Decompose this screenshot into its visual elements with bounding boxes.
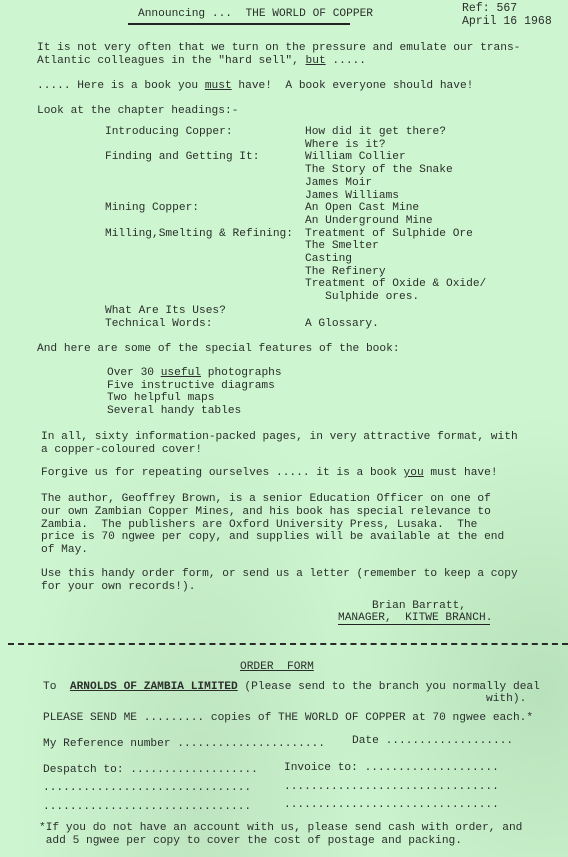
pages-line-1: In all, sixty information-packed pages, …: [41, 431, 518, 444]
despatch-field[interactable]: ...................: [124, 764, 258, 776]
must-pre: ..... Here is a book you: [37, 80, 205, 92]
despatch-label: Despatch to:: [43, 764, 124, 776]
title-underline: [128, 23, 350, 25]
feature-item: Five instructive diagrams: [107, 380, 275, 393]
intro-line-1: It is not very often that we turn on the…: [37, 42, 520, 55]
invoice-field[interactable]: ....................: [358, 762, 499, 774]
invoice-label: Invoice to:: [284, 762, 358, 774]
chapter-topic: Treatment of Sulphide Ore: [305, 228, 473, 241]
chapter-heading: Technical Words:: [105, 318, 212, 331]
forgive-text: Forgive us for repeating ourselves .....…: [41, 467, 404, 479]
announcing-label: Announcing ...: [138, 8, 232, 20]
chapter-heading: Mining Copper:: [105, 202, 199, 215]
chapter-topic: James Williams: [305, 190, 399, 203]
emphasis-useful: useful: [161, 367, 201, 379]
chapter-topic: James Moir: [305, 177, 372, 190]
tear-off-dashed-line: [8, 643, 568, 645]
chapter-topic: Casting: [305, 253, 352, 266]
author-line: our own Zambian Copper Mines, and his bo…: [41, 506, 491, 519]
typewritten-announcement-page: Announcing ... THE WORLD OF COPPER Ref: …: [0, 0, 568, 857]
chapter-topic: William Collier: [305, 151, 406, 164]
chapter-topic: An Open Cast Mine: [305, 202, 419, 215]
despatch-line: Despatch to: ...................: [43, 764, 258, 777]
chapter-topic: How did it get there?: [305, 126, 446, 139]
feature-item: Over 30 useful photographs: [107, 367, 282, 380]
chapter-topic: Sulphide ores.: [305, 291, 419, 304]
author-line: Zambia. The publishers are Oxford Univer…: [41, 519, 477, 532]
intro-ellipsis: .....: [326, 55, 366, 67]
reference-line: My Reference number ....................…: [43, 738, 325, 751]
chapter-topic: The Refinery: [305, 266, 386, 279]
invoice-address-field[interactable]: ................................: [284, 781, 499, 794]
pages-line-2: a copper-coloured cover!: [41, 444, 202, 457]
document-date: April 16 1968: [462, 16, 552, 29]
order-to-line: To ARNOLDS OF ZAMBIA LIMITED (Please sen…: [43, 681, 540, 694]
emphasis-you: you: [404, 467, 424, 479]
chapter-topic: The Smelter: [305, 240, 379, 253]
chapter-topic: A Glossary.: [305, 318, 379, 331]
forgive-line: Forgive us for repeating ourselves .....…: [41, 467, 498, 480]
must-post: have! A book everyone should have!: [232, 80, 474, 92]
feature-text: photographs: [201, 367, 282, 379]
branch-note-end: with).: [486, 693, 526, 706]
emphasis-must: must: [205, 80, 232, 92]
quantity-field[interactable]: .........: [137, 712, 204, 724]
company-name: ARNOLDS OF ZAMBIA LIMITED: [70, 681, 238, 693]
chapters-lead: Look at the chapter headings:-: [37, 105, 238, 118]
despatch-address-field[interactable]: ...............................: [43, 782, 251, 795]
intro-line-2: Atlantic colleagues in the "hard sell", …: [37, 55, 366, 68]
invoice-line: Invoice to: ....................: [284, 762, 499, 775]
book-title: THE WORLD OF COPPER: [245, 8, 373, 20]
reference-field[interactable]: ......................: [171, 738, 325, 750]
forgive-text: must have!: [424, 467, 498, 479]
date-field[interactable]: ...................: [379, 735, 513, 747]
features-lead: And here are some of the special feature…: [37, 343, 400, 356]
order-instruction-2: for your own records!).: [41, 581, 195, 594]
order-form-title: ORDER FORM: [240, 661, 314, 674]
intro-text: Atlantic colleagues in the "hard sell",: [37, 55, 306, 67]
feature-text: Over 30: [107, 367, 161, 379]
to-label: To: [43, 681, 56, 693]
order-instruction-1: Use this handy order form, or send us a …: [41, 568, 518, 581]
invoice-address-field[interactable]: ................................: [284, 799, 499, 812]
footnote-line-2: add 5 ngwee per copy to cover the cost o…: [39, 835, 462, 848]
emphasis-but: but: [306, 55, 326, 67]
copies-text: copies of THE WORLD OF COPPER at 70 ngwe…: [204, 712, 533, 724]
footnote-line-1: *If you do not have an account with us, …: [39, 822, 522, 835]
chapter-heading: Finding and Getting It:: [105, 151, 259, 164]
chapter-heading: Introducing Copper:: [105, 126, 233, 139]
quantity-line: PLEASE SEND ME ......... copies of THE W…: [43, 712, 533, 725]
date-line: Date ...................: [352, 735, 513, 748]
send-label: PLEASE SEND ME: [43, 712, 137, 724]
chapter-topic: The Story of the Snake: [305, 164, 453, 177]
must-have-line: ..... Here is a book you must have! A bo…: [37, 80, 473, 93]
signature-underline: [338, 624, 490, 625]
chapter-topic: Where is it?: [305, 139, 386, 152]
chapter-topic: Treatment of Oxide & Oxide/: [305, 278, 486, 291]
chapter-heading: What Are Its Uses?: [105, 305, 226, 318]
feature-item: Two helpful maps: [107, 392, 214, 405]
feature-item: Several handy tables: [107, 405, 241, 418]
signatory-name: Brian Barratt,: [372, 600, 466, 613]
chapter-heading: Milling,Smelting & Refining:: [105, 228, 293, 241]
chapter-topic: An Underground Mine: [305, 215, 433, 228]
date-label: Date: [352, 735, 379, 747]
branch-note: (Please send to the branch you normally …: [238, 681, 540, 693]
signatory-role: MANAGER, KITWE BRANCH.: [338, 612, 492, 625]
author-line: price is 70 ngwee per copy, and supplies…: [41, 531, 504, 544]
author-line: of May.: [41, 544, 88, 557]
reference-number: Ref: 567: [462, 3, 517, 16]
despatch-address-field[interactable]: ...............................: [43, 801, 251, 814]
reference-label: My Reference number: [43, 738, 171, 750]
announcement-heading: Announcing ... THE WORLD OF COPPER: [138, 8, 373, 21]
author-line: The author, Geoffrey Brown, is a senior …: [41, 493, 491, 506]
